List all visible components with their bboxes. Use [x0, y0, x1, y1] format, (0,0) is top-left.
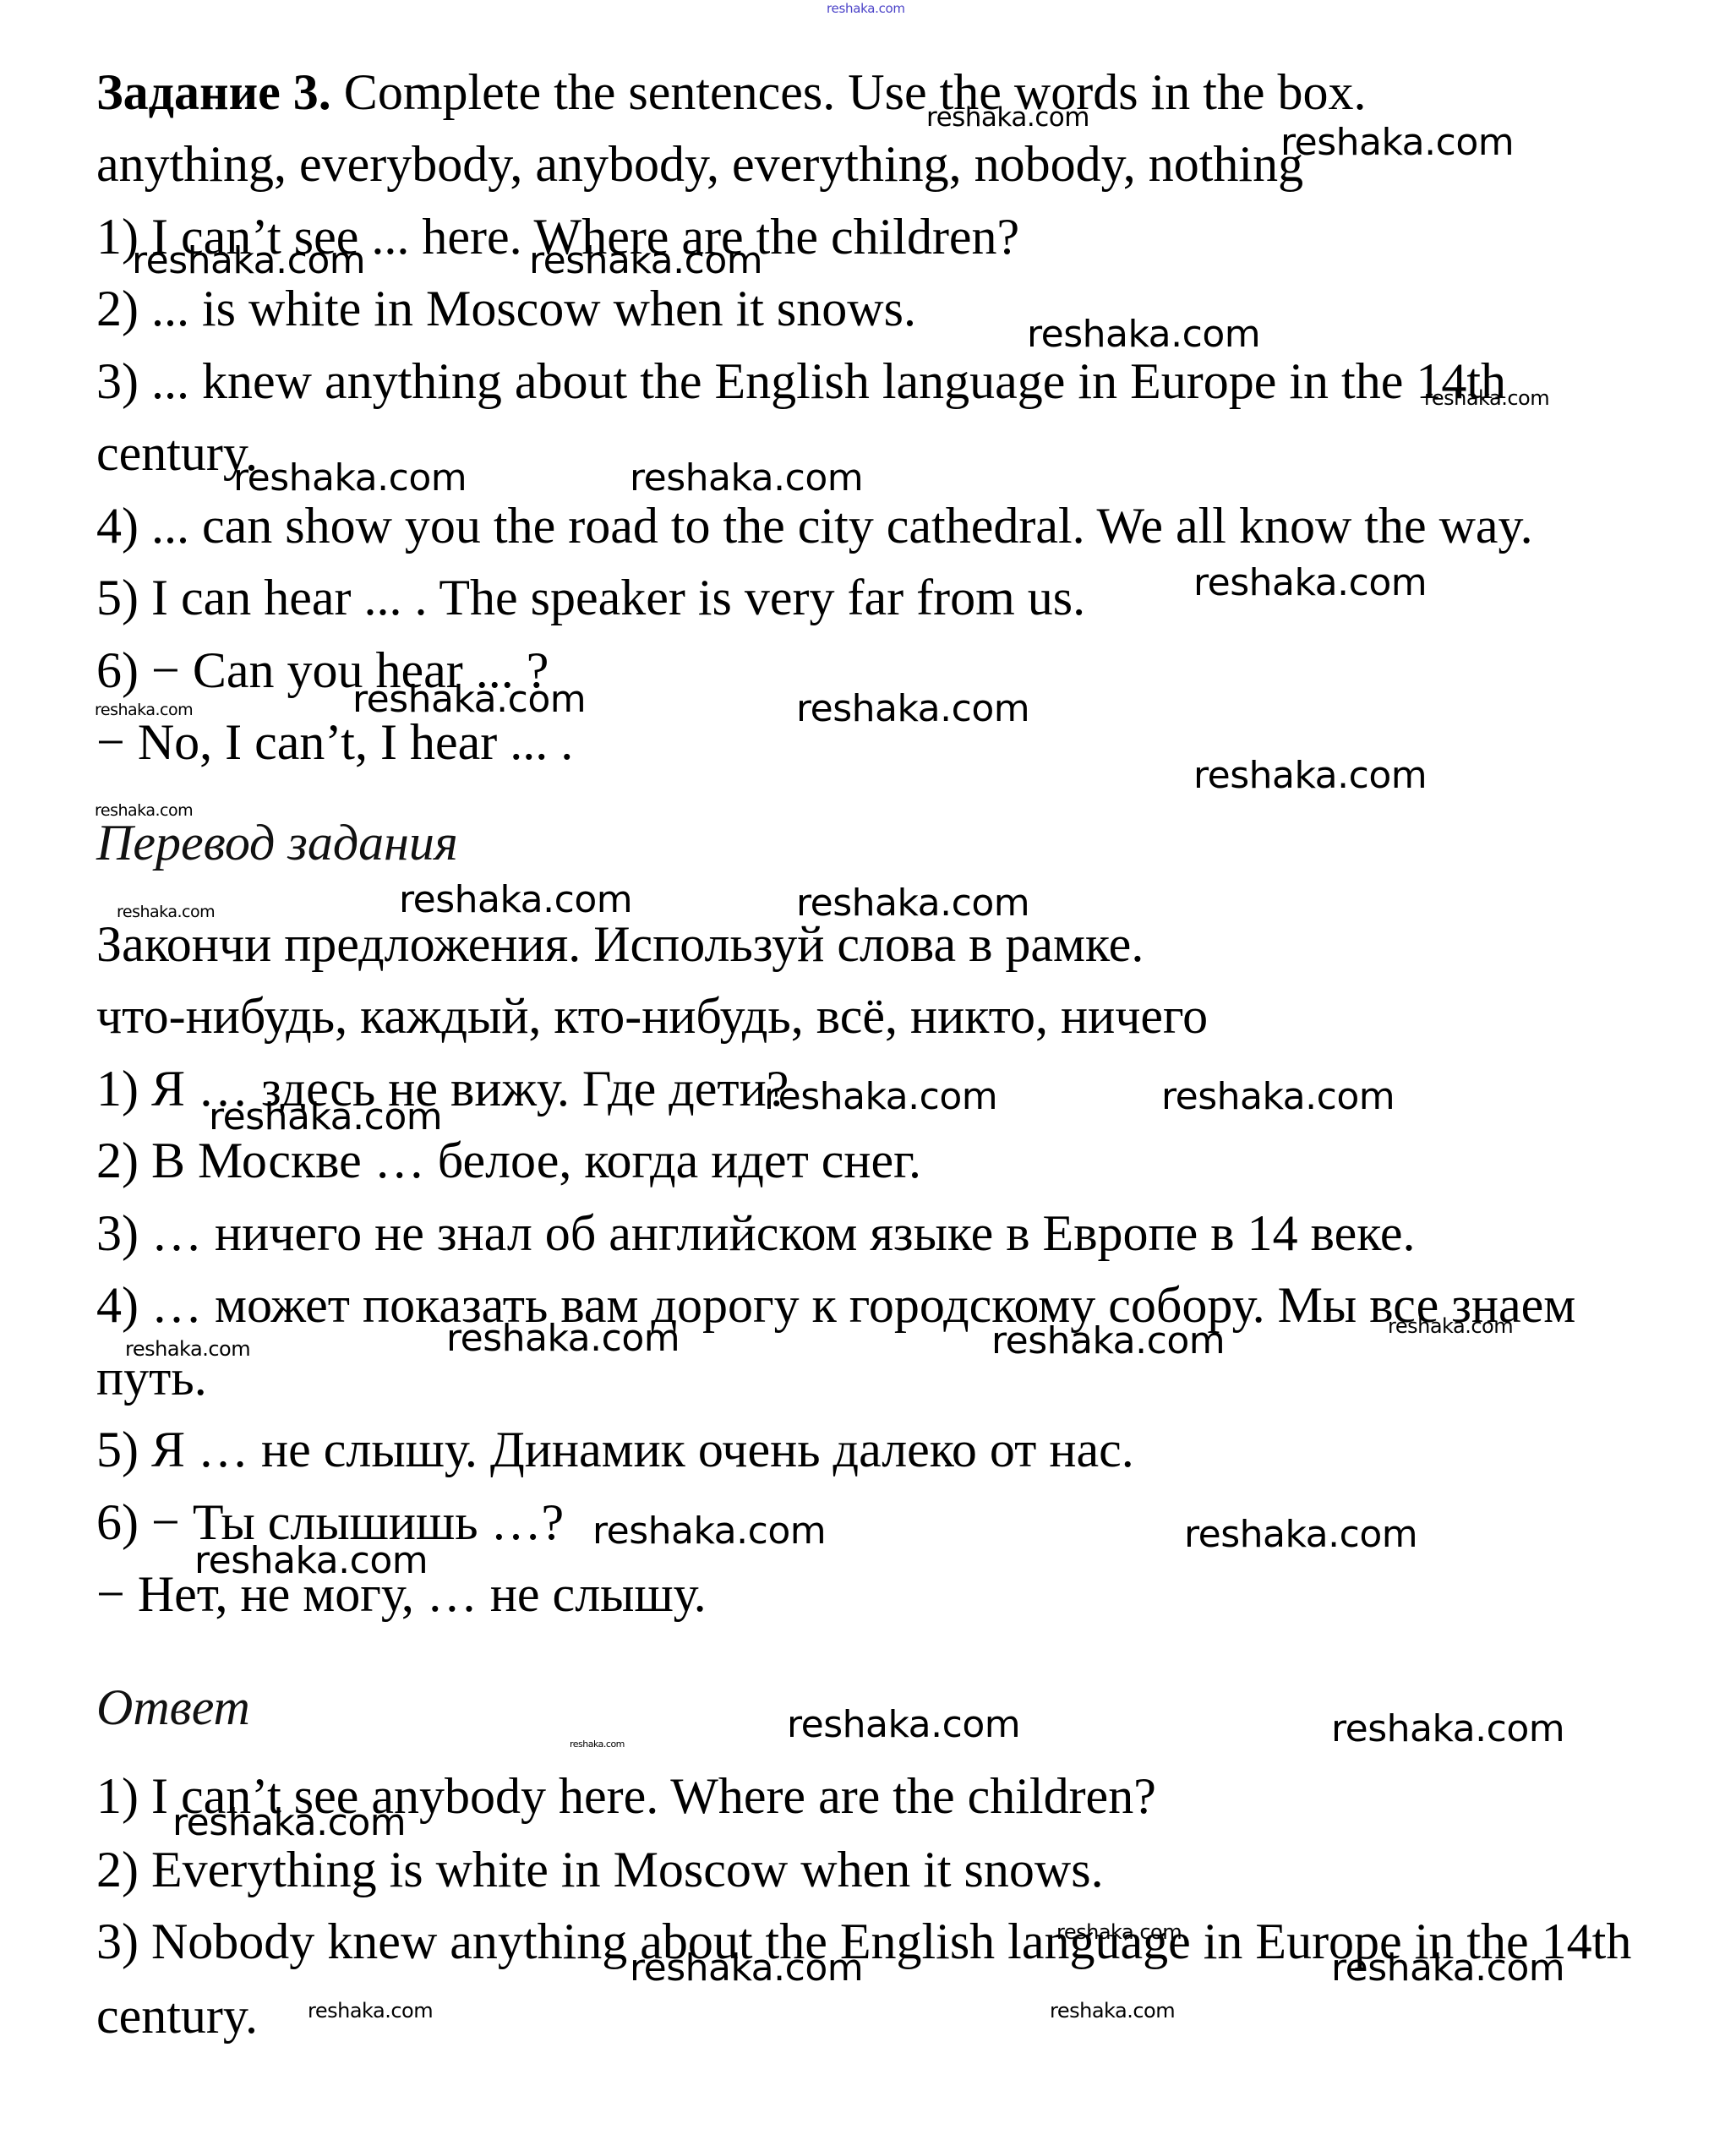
watermark: reshaka.com: [172, 1804, 406, 1842]
watermark: reshaka.com: [95, 803, 193, 819]
watermark: reshaka.com: [125, 1339, 250, 1359]
watermark: reshaka.com: [233, 460, 467, 497]
watermark: reshaka.com: [95, 702, 193, 718]
translation-word-box: что-нибудь, каждый, кто-нибудь, всё, ник…: [96, 991, 1208, 1041]
translation-instruction: Закончи предложения. Используй слова в р…: [96, 919, 1144, 969]
translation-title: Перевод задания: [96, 817, 458, 868]
watermark: reshaka.com: [529, 243, 762, 280]
watermark: reshaka.com: [1193, 757, 1427, 794]
watermark: reshaka.com: [132, 243, 365, 280]
watermark: reshaka.com: [209, 1099, 442, 1136]
watermark: reshaka.com: [630, 1950, 863, 1987]
task-sentence-4: 4) ... can show you the road to the city…: [96, 500, 1533, 551]
watermark: reshaka.com.: [1056, 1922, 1187, 1942]
watermark: reshaka.com: [1424, 388, 1549, 408]
answer-title: Ответ: [96, 1682, 250, 1733]
watermark-top: reshaka.com: [827, 3, 905, 15]
watermark: reshaka.com: [1050, 2001, 1175, 2021]
watermark: reshaka.com: [1331, 1711, 1564, 1748]
watermark: reshaka.com: [1027, 316, 1260, 353]
task-heading-label: Задание 3.: [96, 64, 331, 120]
watermark: reshaka.com: [399, 882, 632, 919]
watermark: reshaka.com: [1280, 124, 1514, 161]
watermark: reshaka.com: [764, 1078, 997, 1116]
translation-sentence-4: 4) … может показать вам дорогу к городск…: [96, 1280, 1575, 1330]
answer-sentence-3-cont: century.: [96, 1990, 258, 2041]
translation-sentence-3: 3) … ничего не знал об английском языке …: [96, 1208, 1416, 1258]
task-heading: Задание 3. Complete the sentences. Use t…: [96, 67, 1367, 117]
task-sentence-2: 2) ... is white in Moscow when it snows.: [96, 283, 916, 334]
watermark: reshaka.com: [117, 904, 215, 920]
watermark: reshaka.com: [308, 2001, 433, 2021]
watermark: reshaka.com: [787, 1706, 1020, 1744]
task-heading-instruction: Complete the sentences. Use the words in…: [344, 64, 1367, 120]
task-sentence-5: 5) I can hear ... . The speaker is very …: [96, 572, 1085, 623]
watermark: reshaka.com: [570, 1739, 625, 1749]
task-word-box: anything, everybody, anybody, everything…: [96, 139, 1303, 189]
watermark: reshaka.com: [446, 1320, 680, 1357]
answer-sentence-2: 2) Everything is white in Moscow when it…: [96, 1844, 1104, 1895]
document-page: reshaka.com Задание 3. Complete the sent…: [0, 0, 1736, 2151]
translation-sentence-1: 1) Я … здесь не вижу. Где дети?: [96, 1063, 789, 1114]
watermark: reshaka.com: [592, 1513, 826, 1550]
watermark: reshaka.com: [352, 681, 586, 718]
task-sentence-6-answer: − No, I can’t, I hear ... .: [96, 717, 573, 767]
task-sentence-3: 3) ... knew anything about the English l…: [96, 356, 1506, 407]
watermark: reshaka.com: [1161, 1078, 1395, 1116]
translation-sentence-5: 5) Я … не слышу. Динамик очень далеко от…: [96, 1424, 1134, 1475]
watermark: reshaka.com: [1388, 1316, 1513, 1336]
watermark: reshaka.com: [926, 105, 1089, 131]
watermark: reshaka.com: [796, 885, 1029, 922]
watermark: reshaka.com: [796, 691, 1029, 728]
watermark: reshaka.com: [1331, 1950, 1564, 1987]
translation-sentence-2: 2) В Москве … белое, когда идет снег.: [96, 1135, 921, 1186]
watermark: reshaka.com: [194, 1542, 428, 1580]
watermark: reshaka.com: [630, 460, 863, 497]
watermark: reshaka.com: [1184, 1516, 1417, 1553]
watermark: reshaka.com: [1193, 565, 1427, 602]
watermark: reshaka.com: [991, 1323, 1225, 1360]
